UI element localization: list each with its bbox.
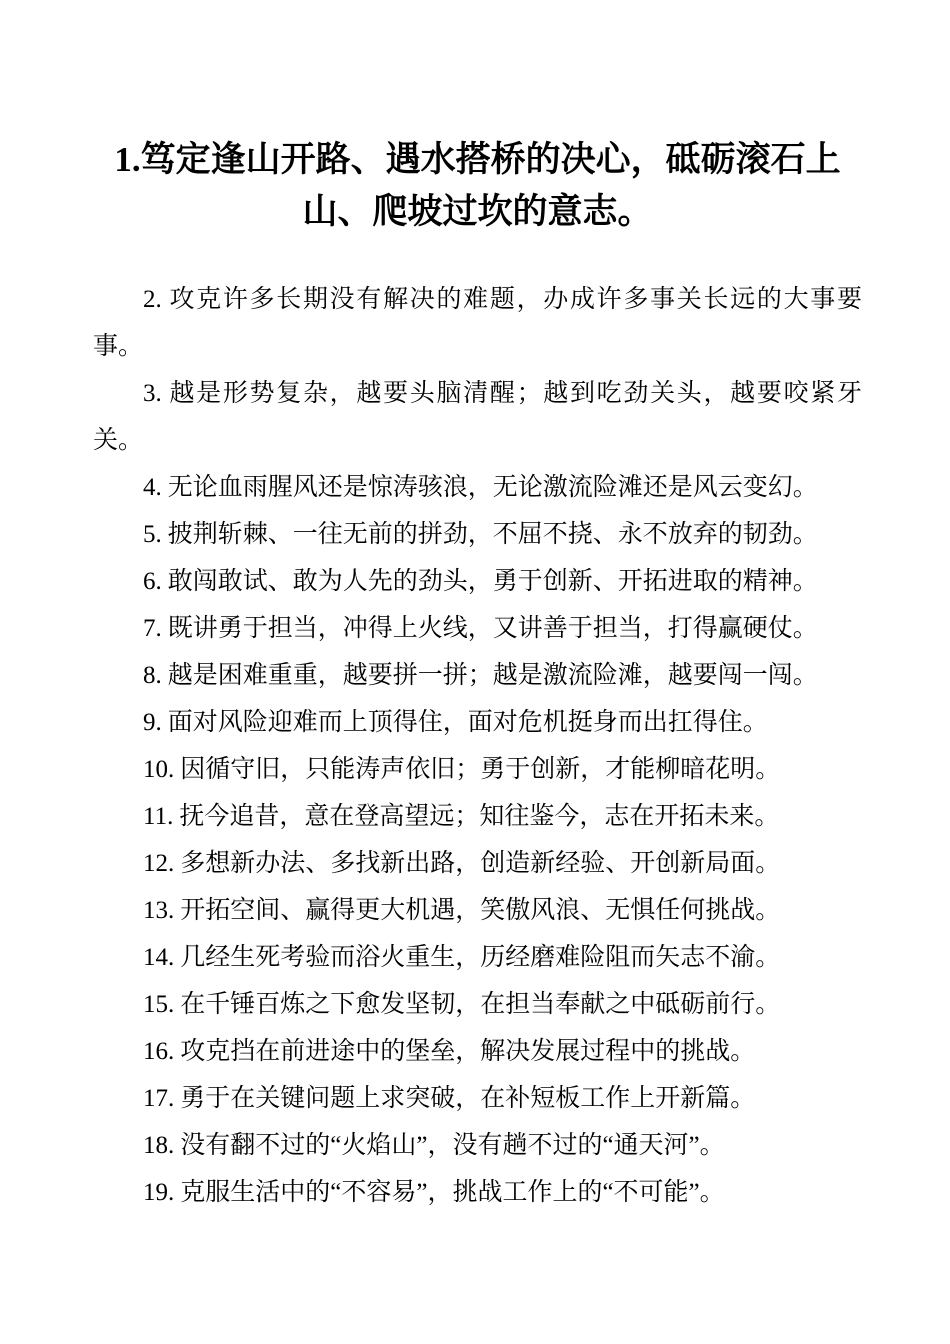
numbered-paragraph: 3.越是形势复杂，越要头脑清醒；越到吃劲关头，越要咬紧牙关。 <box>93 370 862 464</box>
numbered-paragraph: 9.面对风险迎难而上顶得住，面对危机挺身而出扛得住。 <box>93 699 862 746</box>
paragraph-number: 13. <box>143 897 174 924</box>
paragraph-number: 6. <box>143 568 162 595</box>
paragraph-text: 无论血雨腥风还是惊涛骇浪，无论激流险滩还是风云变幻。 <box>168 474 818 501</box>
paragraph-text: 攻克许多长期没有解决的难题，办成许多事关长远的大事要事。 <box>93 286 862 360</box>
paragraph-number: 17. <box>143 1085 174 1112</box>
paragraph-text: 勇于在关键问题上求突破，在补短板工作上开新篇。 <box>180 1085 755 1112</box>
numbered-paragraph: 4.无论血雨腥风还是惊涛骇浪，无论激流险滩还是风云变幻。 <box>93 464 862 511</box>
paragraph-text: 没有翻不过的“火焰山”，没有趟不过的“通天河”。 <box>180 1132 724 1159</box>
paragraph-number: 16. <box>143 1038 174 1065</box>
numbered-paragraph: 12.多想新办法、多找新出路，创造新经验、开创新局面。 <box>93 840 862 887</box>
paragraph-number: 10. <box>143 756 174 783</box>
numbered-paragraph: 6.敢闯敢试、敢为人先的劲头，勇于创新、开拓进取的精神。 <box>93 558 862 605</box>
numbered-paragraph: 15.在千锤百炼之下愈发坚韧，在担当奉献之中砥砺前行。 <box>93 981 862 1028</box>
paragraph-text: 攻克挡在前进途中的堡垒，解决发展过程中的挑战。 <box>180 1038 755 1065</box>
paragraph-text: 披荆斩棘、一往无前的拼劲，不屈不挠、永不放弃的韧劲。 <box>168 521 818 548</box>
paragraph-number: 3. <box>143 380 162 407</box>
numbered-paragraph: 19.克服生活中的“不容易”，挑战工作上的“不可能”。 <box>93 1169 862 1216</box>
document-heading: 1.笃定逢山开路、遇水搭桥的决心，砥砺滚石上山、爬坡过坎的意志。 <box>93 134 862 238</box>
paragraph-number: 4. <box>143 474 162 501</box>
paragraph-text: 克服生活中的“不容易”，挑战工作上的“不可能”。 <box>180 1179 724 1206</box>
paragraph-text: 开拓空间、赢得更大机遇，笑傲风浪、无惧任何挑战。 <box>180 897 780 924</box>
paragraph-text: 在千锤百炼之下愈发坚韧，在担当奉献之中砥砺前行。 <box>180 991 780 1018</box>
paragraph-number: 7. <box>143 615 162 642</box>
paragraph-number: 2. <box>143 286 162 313</box>
numbered-paragraph: 2.攻克许多长期没有解决的难题，办成许多事关长远的大事要事。 <box>93 276 862 370</box>
paragraph-text: 既讲勇于担当，冲得上火线，又讲善于担当，打得赢硬仗。 <box>168 615 818 642</box>
numbered-paragraph: 8.越是困难重重，越要拼一拼；越是激流险滩，越要闯一闯。 <box>93 652 862 699</box>
paragraph-text: 越是形势复杂，越要头脑清醒；越到吃劲关头，越要咬紧牙关。 <box>93 380 862 454</box>
paragraph-number: 18. <box>143 1132 174 1159</box>
paragraph-number: 5. <box>143 521 162 548</box>
document-page: 1.笃定逢山开路、遇水搭桥的决心，砥砺滚石上山、爬坡过坎的意志。 2.攻克许多长… <box>0 0 950 1344</box>
numbered-paragraph: 7.既讲勇于担当，冲得上火线，又讲善于担当，打得赢硬仗。 <box>93 605 862 652</box>
numbered-paragraph: 13.开拓空间、赢得更大机遇，笑傲风浪、无惧任何挑战。 <box>93 887 862 934</box>
paragraph-text: 抚今追昔，意在登高望远；知往鉴今，志在开拓未来。 <box>179 803 779 830</box>
paragraph-text: 面对风险迎难而上顶得住，面对危机挺身而出扛得住。 <box>168 709 768 736</box>
numbered-paragraph: 5.披荆斩棘、一往无前的拼劲，不屈不挠、永不放弃的韧劲。 <box>93 511 862 558</box>
paragraph-text: 越是困难重重，越要拼一拼；越是激流险滩，越要闯一闯。 <box>168 662 818 689</box>
paragraph-number: 11. <box>143 803 173 830</box>
paragraph-number: 14. <box>143 944 174 971</box>
paragraph-number: 9. <box>143 709 162 736</box>
numbered-paragraph: 17.勇于在关键问题上求突破，在补短板工作上开新篇。 <box>93 1075 862 1122</box>
paragraph-text: 几经生死考验而浴火重生，历经磨难险阻而矢志不渝。 <box>180 944 780 971</box>
paragraph-text: 敢闯敢试、敢为人先的劲头，勇于创新、开拓进取的精神。 <box>168 568 818 595</box>
numbered-paragraph: 10.因循守旧，只能涛声依旧；勇于创新，才能柳暗花明。 <box>93 746 862 793</box>
numbered-paragraph: 11.抚今追昔，意在登高望远；知往鉴今，志在开拓未来。 <box>93 793 862 840</box>
paragraph-number: 12. <box>143 850 174 877</box>
numbered-paragraph: 14.几经生死考验而浴火重生，历经磨难险阻而矢志不渝。 <box>93 934 862 981</box>
paragraph-number: 8. <box>143 662 162 689</box>
numbered-paragraph: 18.没有翻不过的“火焰山”，没有趟不过的“通天河”。 <box>93 1122 862 1169</box>
paragraph-number: 19. <box>143 1179 174 1206</box>
paragraph-text: 因循守旧，只能涛声依旧；勇于创新，才能柳暗花明。 <box>180 756 780 783</box>
paragraph-number: 15. <box>143 991 174 1018</box>
paragraph-list: 2.攻克许多长期没有解决的难题，办成许多事关长远的大事要事。 3.越是形势复杂，… <box>93 276 862 1216</box>
numbered-paragraph: 16.攻克挡在前进途中的堡垒，解决发展过程中的挑战。 <box>93 1028 862 1075</box>
paragraph-text: 多想新办法、多找新出路，创造新经验、开创新局面。 <box>180 850 780 877</box>
